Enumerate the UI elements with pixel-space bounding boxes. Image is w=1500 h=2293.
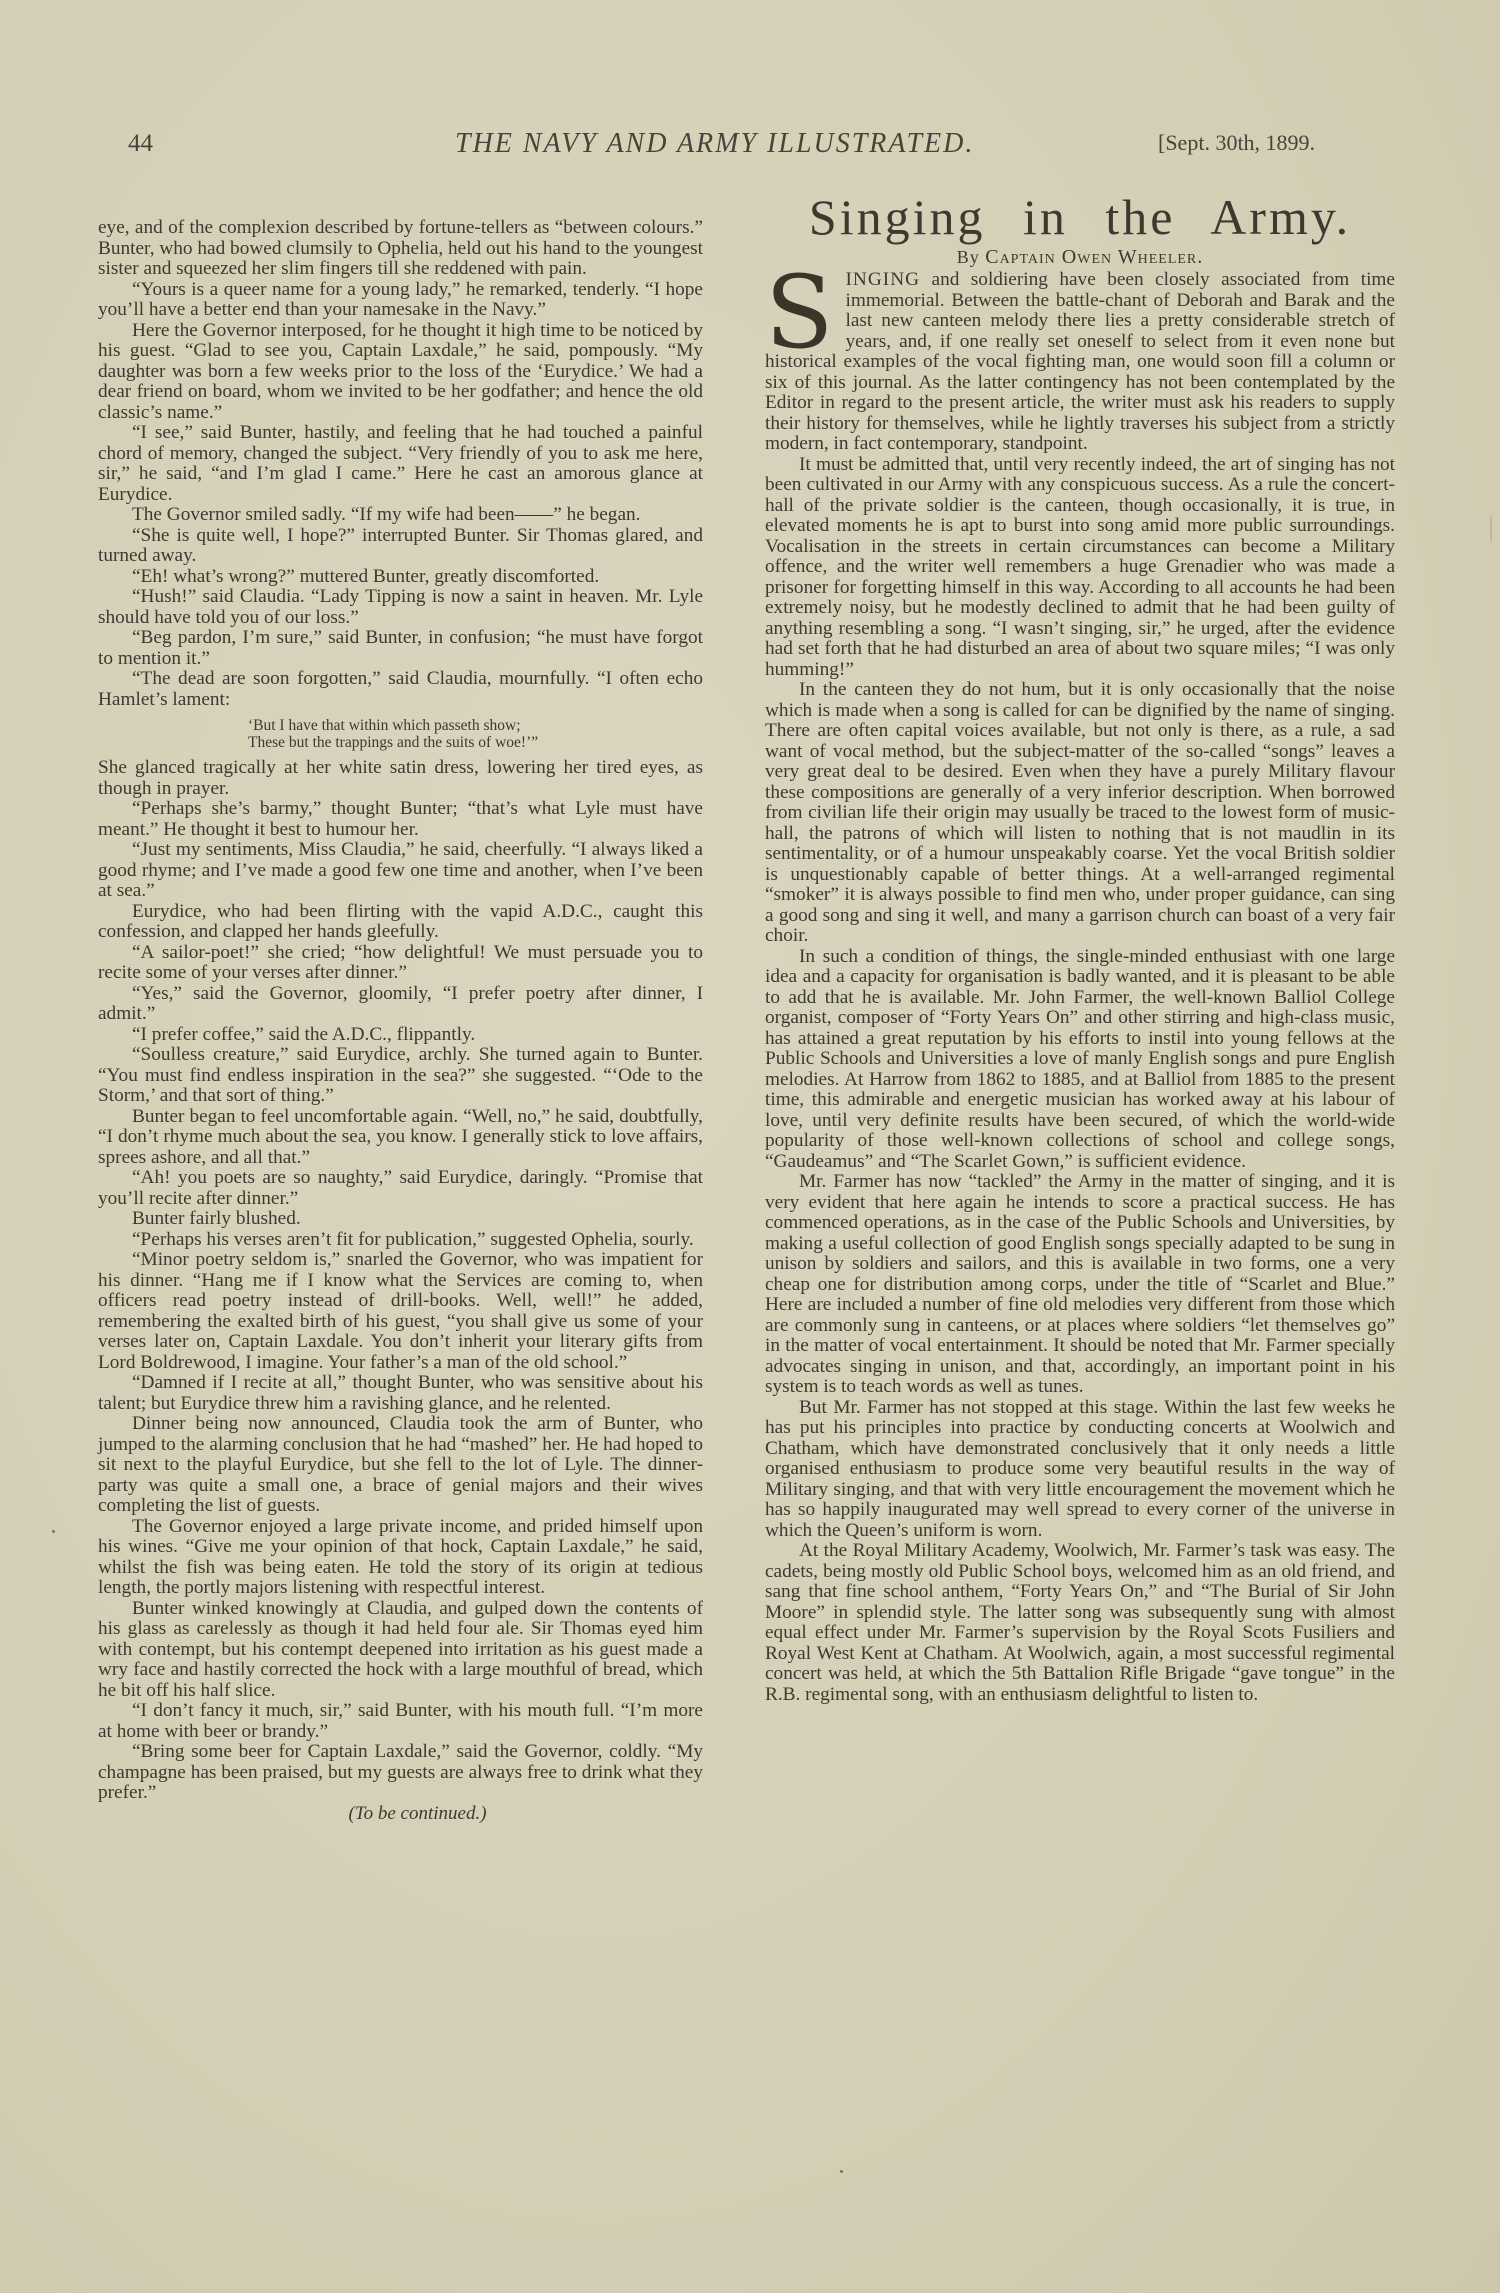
story-paragraphs-after-verse: She glanced tragically at her white sati… bbox=[98, 758, 703, 1804]
paper-speck bbox=[52, 1530, 55, 1533]
paper-speck bbox=[840, 2170, 843, 2173]
paragraph: The Governor enjoyed a large private inc… bbox=[98, 1517, 703, 1599]
paragraph: “Ah! you poets are so naughty,” said Eur… bbox=[98, 1168, 703, 1209]
verse-line: ‘But I have that within which passeth sh… bbox=[248, 717, 703, 734]
publication-title: THE NAVY AND ARMY ILLUSTRATED. bbox=[455, 128, 974, 160]
lead-small-caps: INGING bbox=[846, 269, 921, 290]
paragraph: Eurydice, who had been flirting with the… bbox=[98, 902, 703, 943]
paragraph: In the canteen they do not hum, but it i… bbox=[765, 680, 1395, 947]
article-paragraphs: It must be admitted that, until very rec… bbox=[765, 455, 1395, 1706]
paragraph: “Bring some beer for Captain Laxdale,” s… bbox=[98, 1742, 703, 1804]
paragraph: “A sailor-poet!” she cried; “how delight… bbox=[98, 943, 703, 984]
paper-crease bbox=[1490, 514, 1492, 544]
paragraph: “Minor poetry seldom is,” snarled the Go… bbox=[98, 1250, 703, 1373]
paragraph: “Perhaps she’s barmy,” thought Bunter; “… bbox=[98, 799, 703, 840]
article-title: Singing in the Army. bbox=[765, 188, 1395, 246]
paragraph: Dinner being now announced, Claudia took… bbox=[98, 1414, 703, 1517]
paragraph: “Hush!” said Claudia. “Lady Tipping is n… bbox=[98, 587, 703, 628]
article-column: SINGING and soldiering have been closely… bbox=[765, 270, 1395, 1705]
paragraph: Mr. Farmer has now “tackled” the Army in… bbox=[765, 1172, 1395, 1398]
paragraph: She glanced tragically at her white sati… bbox=[98, 758, 703, 799]
byline-author: Captain Owen Wheeler. bbox=[985, 246, 1203, 268]
to-be-continued-note: (To be continued.) bbox=[98, 1804, 703, 1825]
paragraph: In such a condition of things, the singl… bbox=[765, 947, 1395, 1173]
paragraph: But Mr. Farmer has not stopped at this s… bbox=[765, 1398, 1395, 1542]
paragraph: “Beg pardon, I’m sure,” said Bunter, in … bbox=[98, 628, 703, 669]
paragraph: “Perhaps his verses aren’t fit for publi… bbox=[98, 1230, 703, 1251]
paragraph: “Yes,” said the Governor, gloomily, “I p… bbox=[98, 984, 703, 1025]
drop-cap-letter: S bbox=[765, 274, 834, 352]
magazine-page: 44 THE NAVY AND ARMY ILLUSTRATED. [Sept.… bbox=[0, 0, 1500, 2293]
hamlet-verse-quote: ‘But I have that within which passeth sh… bbox=[248, 717, 703, 751]
paragraph: The Governor smiled sadly. “If my wife h… bbox=[98, 505, 703, 526]
verse-line: These but the trappings and the suits of… bbox=[248, 734, 703, 751]
paragraph: “I see,” said Bunter, hastily, and feeli… bbox=[98, 423, 703, 505]
paragraph: “Yours is a queer name for a young lady,… bbox=[98, 280, 703, 321]
paragraph: “Soulless creature,” said Eurydice, arch… bbox=[98, 1045, 703, 1107]
paragraph: Bunter began to feel uncomfortable again… bbox=[98, 1107, 703, 1169]
paragraph: It must be admitted that, until very rec… bbox=[765, 455, 1395, 681]
article-lead-paragraph: SINGING and soldiering have been closely… bbox=[765, 270, 1395, 455]
paragraph: eye, and of the complexion described by … bbox=[98, 218, 703, 280]
paragraph: “Eh! what’s wrong?” muttered Bunter, gre… bbox=[98, 567, 703, 588]
paragraph: “The dead are soon forgotten,” said Clau… bbox=[98, 669, 703, 710]
paragraph: Here the Governor interposed, for he tho… bbox=[98, 321, 703, 424]
paragraph: Bunter fairly blushed. bbox=[98, 1209, 703, 1230]
paragraph: “Damned if I recite at all,” thought Bun… bbox=[98, 1373, 703, 1414]
serial-story-column: eye, and of the complexion described by … bbox=[98, 218, 703, 1824]
paragraph: “I prefer coffee,” said the A.D.C., flip… bbox=[98, 1025, 703, 1046]
story-paragraphs-before-verse: eye, and of the complexion described by … bbox=[98, 218, 703, 710]
issue-date: [Sept. 30th, 1899. bbox=[1158, 130, 1315, 156]
lead-text: and soldiering have been closely associa… bbox=[765, 269, 1395, 454]
page-header: 44 THE NAVY AND ARMY ILLUSTRATED. [Sept.… bbox=[128, 124, 1378, 164]
paragraph: “I don’t fancy it much, sir,” said Bunte… bbox=[98, 1701, 703, 1742]
paragraph: “Just my sentiments, Miss Claudia,” he s… bbox=[98, 840, 703, 902]
paragraph: “She is quite well, I hope?” interrupted… bbox=[98, 526, 703, 567]
paragraph: Bunter winked knowingly at Claudia, and … bbox=[98, 1599, 703, 1702]
article-byline: By Captain Owen Wheeler. bbox=[765, 246, 1395, 269]
paragraph: At the Royal Military Academy, Woolwich,… bbox=[765, 1541, 1395, 1705]
byline-prefix: By bbox=[957, 247, 980, 267]
page-number: 44 bbox=[128, 130, 153, 158]
